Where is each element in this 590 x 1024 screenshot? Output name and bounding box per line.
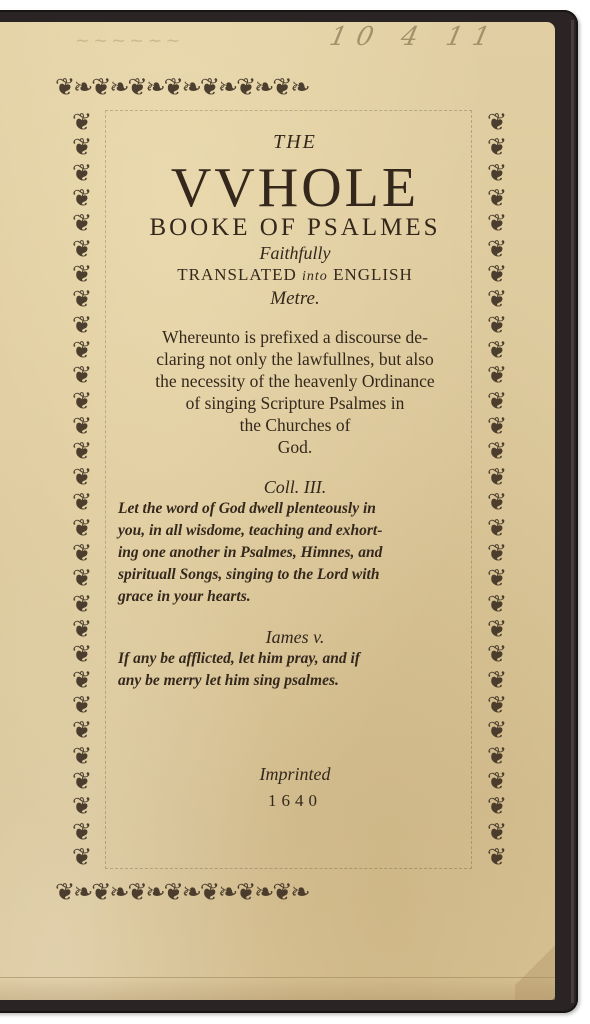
epigraph-reference-colossians: Coll. III. [110,476,480,498]
fleuron-ornament-icon: ❦ [487,718,505,742]
into-word: into [302,269,328,284]
fleuron-ornament-icon: ❦ [487,338,505,362]
fleuron-ornament-icon: ❦ [487,744,505,768]
fleuron-ornament-icon: ❦ [487,135,505,159]
fleuron-ornament-icon: ❦ [72,693,90,717]
imprint-year: 1640 [110,786,480,816]
preface-description: Whereunto is prefixed a discourse de- cl… [110,326,480,458]
fleuron-ornament-icon: ❦ [487,541,505,565]
fleuron-ornament-icon: ❦ [487,313,505,337]
fleuron-ornament-icon: ❦ [72,820,90,844]
fleuron-ornament-icon: ❦❧❦❧❦❧❦❧❦❧❦❧❦❧ [55,75,309,99]
verse-line: spirituall Songs, singing to the Lord wi… [118,564,480,586]
fleuron-ornament-icon: ❦ [72,718,90,742]
fleuron-ornament-icon: ❦ [487,465,505,489]
epigraph-reference-james: Iames v. [110,626,480,648]
fleuron-ornament-icon: ❦ [72,439,90,463]
preface-line: the necessity of the heavenly Ordinance [110,370,480,392]
fleuron-ornament-icon: ❦ [72,262,90,286]
fleuron-ornament-icon: ❦ [72,845,90,869]
verse-line: grace in your hearts. [118,586,480,608]
fleuron-ornament-icon: ❦ [72,110,90,134]
verse-line: Let the word of God dwell plenteously in [118,498,480,520]
fleuron-ornament-icon: ❦ [487,287,505,311]
fleuron-ornament-icon: ❦ [72,744,90,768]
epigraph-colossians: Let the word of God dwell plenteously in… [110,498,480,608]
fleuron-ornament-icon: ❦ [72,186,90,210]
fleuron-ornament-icon: ❦ [487,516,505,540]
fleuron-ornament-icon: ❦ [72,237,90,261]
preface-line: of singing Scripture Psalmes in [110,392,480,414]
fleuron-ornament-icon: ❦ [72,668,90,692]
page-bottom-fold [0,977,555,1000]
epigraph-james: If any be afflicted, let him pray, and i… [110,648,480,692]
preface-line: claring not only the lawfullnes, but als… [110,348,480,370]
translated-word: TRANSLATED [177,265,297,284]
fleuron-ornament-icon: ❦ [72,338,90,362]
verse-line: ing one another in Psalmes, Himnes, and [118,542,480,564]
fleuron-ornament-icon: ❦ [487,845,505,869]
preface-line: Whereunto is prefixed a discourse de- [110,326,480,348]
title-subtitle: BOOKE OF PSALMES [110,214,480,242]
title-page-text: THE VVHOLE BOOKE OF PSALMES Faithfully T… [110,125,480,816]
fleuron-ornament-icon: ❦ [487,794,505,818]
handwritten-shelfmark: 10 4 11 [327,22,503,52]
title-main: VVHOLE [110,162,480,214]
fleuron-ornament-icon: ❦ [487,211,505,235]
fleuron-ornament-icon: ❦ [72,592,90,616]
fleuron-ornament-icon: ❦ [72,617,90,641]
fleuron-ornament-icon: ❦ [72,313,90,337]
verse-line: you, in all wisdome, teaching and exhort… [118,520,480,542]
fleuron-ornament-icon: ❦ [487,668,505,692]
ornament-row-top: ❦❧❦❧❦❧❦❧❦❧❦❧❦❧ [55,62,522,112]
fleuron-ornament-icon: ❦ [72,794,90,818]
fleuron-ornament-icon: ❦ [487,389,505,413]
fleuron-ornament-icon: ❦ [487,769,505,793]
ornament-column-left: ❦ ❦ ❦ ❦ ❦ ❦ ❦ ❦ ❦ ❦ ❦ ❦ ❦ ❦ ❦ ❦ ❦ ❦ ❦ ❦ … [55,110,107,869]
fleuron-ornament-icon: ❦ [72,389,90,413]
page-corner-wear [515,930,555,1000]
english-word: ENGLISH [333,265,413,284]
fleuron-ornament-icon: ❦ [72,642,90,666]
title-faithfully: Faithfully [110,242,480,264]
ornament-row-bottom: ❦❧❦❧❦❧❦❧❦❧❦❧❦❧ [55,867,522,917]
preface-line: God. [110,436,480,458]
fleuron-ornament-icon: ❦ [487,237,505,261]
fleuron-ornament-icon: ❦ [72,490,90,514]
fleuron-ornament-icon: ❦ [72,211,90,235]
fleuron-ornament-icon: ❦ [72,465,90,489]
fleuron-ornament-icon: ❦ [487,820,505,844]
imprint-label: Imprinted [110,762,480,786]
fleuron-ornament-icon: ❦ [487,186,505,210]
verse-line: any be merry let him sing psalmes. [118,670,480,692]
fleuron-ornament-icon: ❦ [487,414,505,438]
fleuron-ornament-icon: ❦ [72,414,90,438]
fleuron-ornament-icon: ❦❧❦❧❦❧❦❧❦❧❦❧❦❧ [55,880,309,904]
fleuron-ornament-icon: ❦ [487,262,505,286]
title-metre: Metre. [110,288,480,310]
fleuron-ornament-icon: ❦ [487,642,505,666]
fleuron-ornament-icon: ❦ [487,161,505,185]
fleuron-ornament-icon: ❦ [72,516,90,540]
fleuron-ornament-icon: ❦ [487,566,505,590]
fleuron-ornament-icon: ❦ [487,592,505,616]
faded-inscription: ~~~~~~ [75,30,184,51]
fleuron-ornament-icon: ❦ [487,439,505,463]
fleuron-ornament-icon: ❦ [487,363,505,387]
fleuron-ornament-icon: ❦ [72,566,90,590]
fleuron-ornament-icon: ❦ [72,541,90,565]
fleuron-ornament-icon: ❦ [72,287,90,311]
title-translated-line: TRANSLATED into ENGLISH [110,264,480,288]
fleuron-ornament-icon: ❦ [72,363,90,387]
fleuron-ornament-icon: ❦ [72,769,90,793]
fleuron-ornament-icon: ❦ [487,490,505,514]
verse-line: If any be afflicted, let him pray, and i… [118,648,480,670]
title-article: THE [110,131,480,154]
fleuron-ornament-icon: ❦ [487,693,505,717]
fleuron-ornament-icon: ❦ [72,161,90,185]
fleuron-ornament-icon: ❦ [72,135,90,159]
fleuron-ornament-icon: ❦ [487,110,505,134]
preface-line: the Churches of [110,414,480,436]
fleuron-ornament-icon: ❦ [487,617,505,641]
